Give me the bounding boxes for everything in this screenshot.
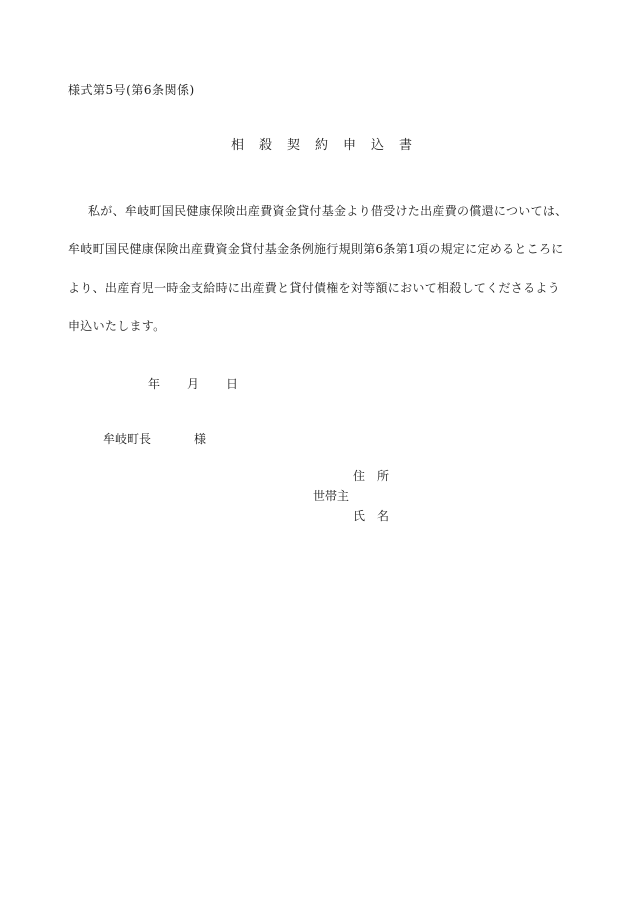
householder-label: 世帯主 xyxy=(313,487,349,504)
document-page: 様式第5号(第6条関係) 相 殺 契 約 申 込 書 私が、牟岐町国民健康保険出… xyxy=(0,0,630,903)
body-line: 申込いたします。 xyxy=(68,307,567,345)
name-label: 氏 名 xyxy=(353,507,389,524)
addressee-line: 牟岐町長様 xyxy=(103,430,206,447)
body-line: より、出産育児一時金支給時に出産費と貸付債権を対等額において相殺してくださるよう xyxy=(68,269,567,307)
document-title: 相 殺 契 約 申 込 書 xyxy=(0,134,630,153)
body-line: 私が、牟岐町国民健康保険出産費資金貸付基金より借受けた出産費の償還については、 xyxy=(68,192,567,230)
body-paragraph: 私が、牟岐町国民健康保険出産費資金貸付基金より借受けた出産費の償還については、 … xyxy=(68,192,567,346)
body-line: 牟岐町国民健康保険出産費資金貸付基金条例施行規則第6条第1項の規定に定めるところ… xyxy=(68,230,567,268)
date-line: 年 月 日 xyxy=(148,375,239,392)
addressee-honorific: 様 xyxy=(194,432,206,446)
addressee-name: 牟岐町長 xyxy=(103,432,151,446)
form-number: 様式第5号(第6条関係) xyxy=(68,81,195,98)
address-label: 住 所 xyxy=(353,467,389,484)
